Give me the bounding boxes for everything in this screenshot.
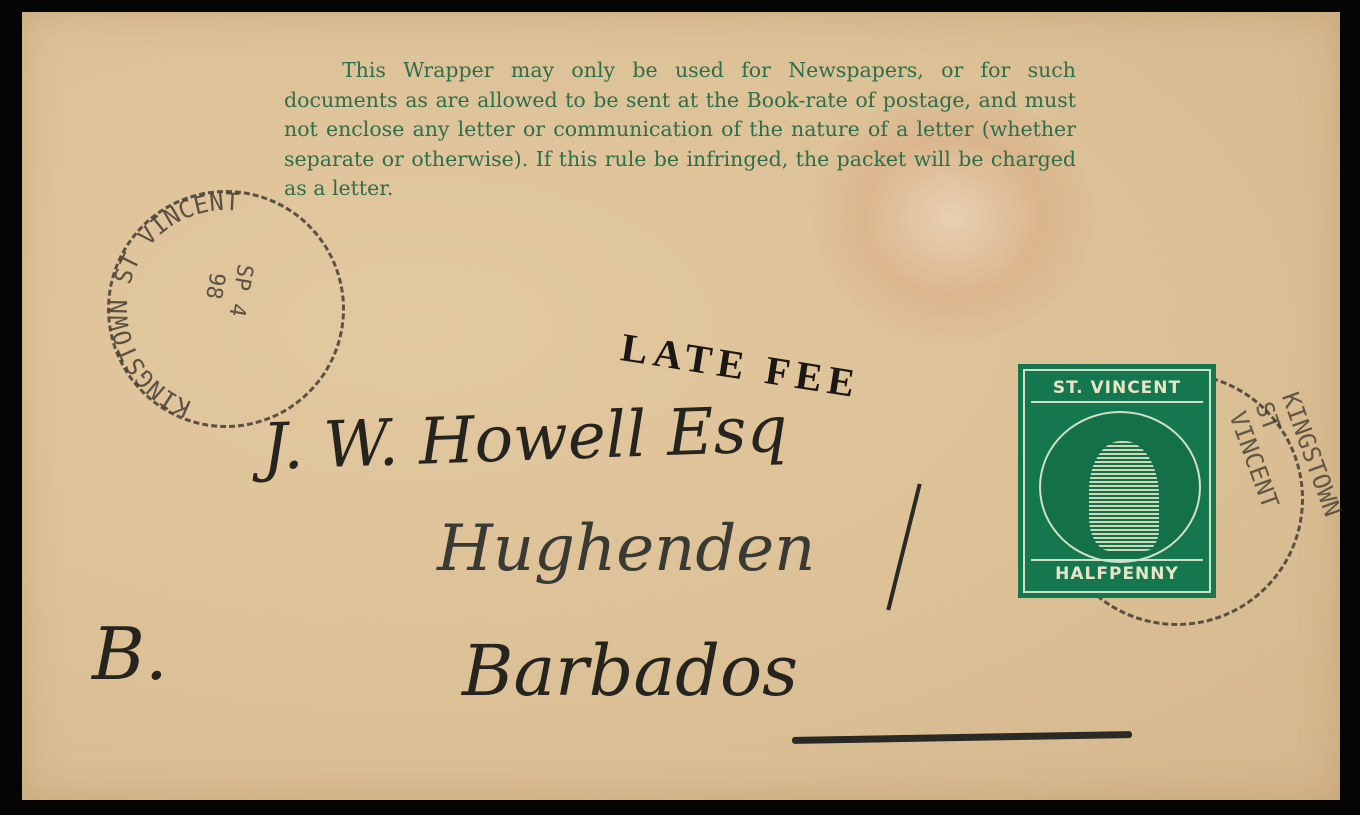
postmark-left-ring-text: KINGSTOWN ST VINCENT xyxy=(107,190,345,428)
newspaper-wrapper: This Wrapper may only be used for Newspa… xyxy=(22,12,1340,800)
queen-victoria-portrait-icon xyxy=(1039,411,1201,563)
imprinted-stamp: ST. VINCENT HALFPENNY xyxy=(1018,364,1216,598)
handwritten-stroke xyxy=(886,483,921,610)
address-underline xyxy=(792,731,1132,744)
svg-text:KINGSTOWN ST VINCENT: KINGSTOWN ST VINCENT xyxy=(107,190,267,423)
address-city: Barbados xyxy=(462,630,798,712)
stamp-denomination: HALFPENNY xyxy=(1031,559,1203,587)
notice-line: This Wrapper may only be used for Newspa… xyxy=(342,58,1010,82)
portrait-head xyxy=(1089,441,1159,551)
address-initial: B. xyxy=(92,612,168,696)
printed-notice: This Wrapper may only be used for Newspa… xyxy=(284,56,1076,204)
stamp-country: ST. VINCENT xyxy=(1031,375,1203,403)
notice-text: This Wrapper may only be used for Newspa… xyxy=(284,56,1076,204)
address-street: Hughenden xyxy=(437,512,815,586)
